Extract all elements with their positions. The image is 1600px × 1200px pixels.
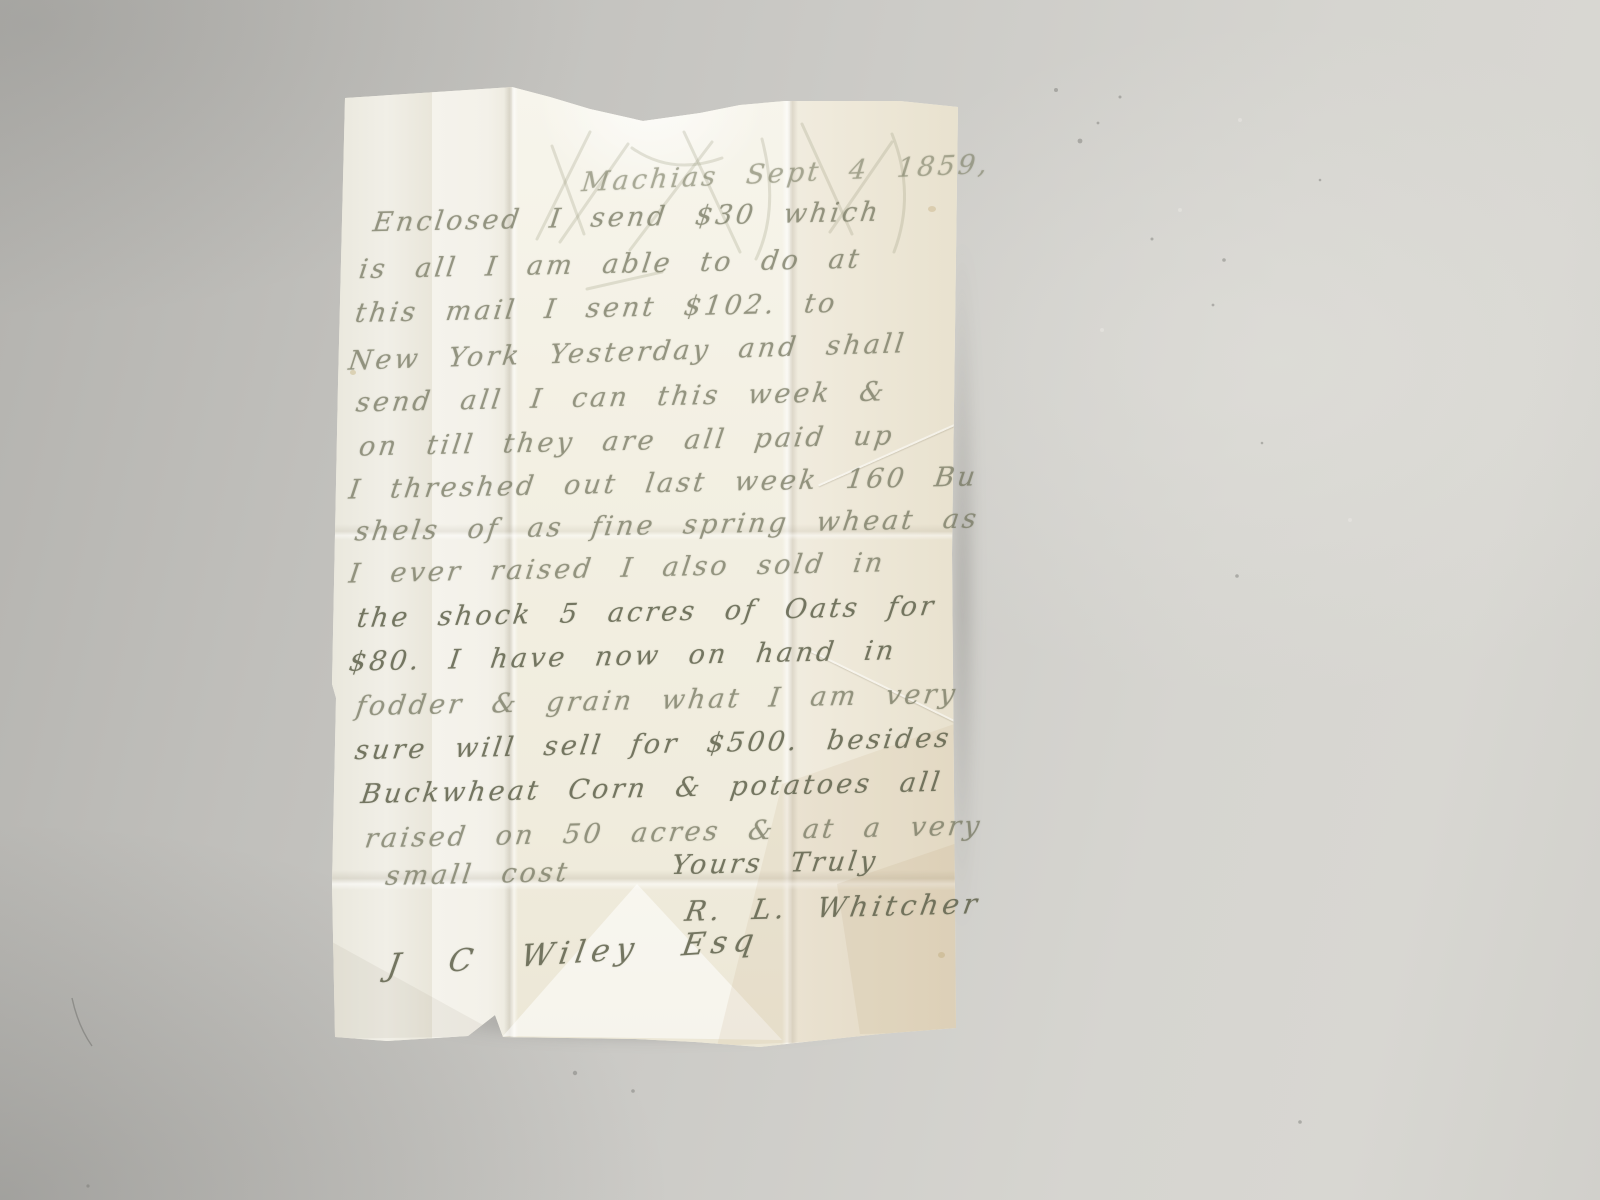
paper-left-panel xyxy=(432,84,512,1050)
paper-left-edge-strip xyxy=(332,84,432,1050)
paper-right-shadow xyxy=(952,120,986,1050)
paper-right-panel xyxy=(790,84,966,1050)
paper-center-panel xyxy=(512,84,790,1050)
photo-of-handwritten-letter: Machias Sept 4 1859, Enclosed I send $30… xyxy=(0,0,1600,1200)
letter-paper xyxy=(332,84,966,1050)
